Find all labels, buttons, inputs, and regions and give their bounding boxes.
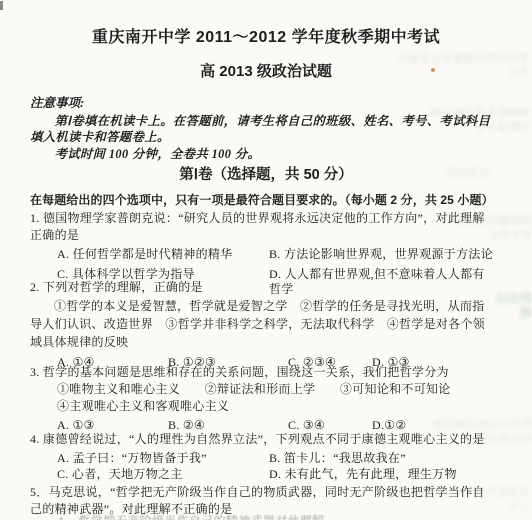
question-4-option-d: D. 未有此气，先有此理，理生万物 bbox=[269, 466, 496, 482]
exam-subtitle: 高 2013 级政治试题 bbox=[0, 60, 532, 81]
scan-edge-mark bbox=[0, 1, 3, 10]
bleed-through-mark: 政治试题 bbox=[494, 291, 532, 321]
exam-paper-scan: 重庆南开中学 2011～2012 学年度秋季期中考试 高 2013 级政治试题 … bbox=[0, 0, 532, 520]
question-3: 3. 哲学的基本问题是思维和存在的关系问题，围绕这一关系，我们把哲学分为 ①唯物… bbox=[30, 364, 496, 433]
question-3-statements-line-1: ①唯物主义和唯心主义 ②辩证法和形而上学 ③可知论和不可知论 bbox=[30, 381, 496, 398]
notice-heading: 注意事项: bbox=[30, 93, 496, 111]
question-4-option-b: B. 笛卡儿：“我思故我在” bbox=[269, 450, 496, 466]
question-4: 4. 康德曾经说过，“人的理性为自然界立法”，下列观点不同于康德主观唯心主义的是… bbox=[30, 431, 496, 482]
question-3-stem: 3. 哲学的基本问题是思维和存在的关系问题，围绕这一关系，我们把哲学分为 bbox=[30, 364, 496, 381]
question-5-stem: 5．马克思说，“哲学把无产阶级当作自己的物质武器，同时无产阶级也把哲学当作自己的… bbox=[30, 484, 496, 518]
question-4-option-c: C. 心者，天地万物之主 bbox=[57, 466, 269, 482]
notice-line-2: 考试时间 100 分钟，全卷共 100 分。 bbox=[30, 146, 496, 162]
question-4-options: A. 孟子曰：“万物皆备于我” B. 笛卡儿：“我思故我在” C. 心者，天地万… bbox=[30, 450, 496, 482]
exam-title: 重庆南开中学 2011～2012 学年度秋季期中考试 bbox=[0, 24, 532, 47]
question-2-statements: ①哲学的本义是爱智慧，哲学就是爱智之学 ②哲学的任务是寻找光明，从而指导人们认识… bbox=[30, 297, 496, 351]
question-2: 2. 下列对哲学的理解，正确的是 ①哲学的本义是爱智慧，哲学就是爱智之学 ②哲学… bbox=[30, 279, 496, 370]
notice-section: 注意事项: 第Ⅰ卷填在机读卡上。在答题前，请考生将自己的班级、姓名、考号、考试科… bbox=[30, 93, 496, 162]
section-1-heading: 第Ⅰ卷（选择题，共 50 分） bbox=[0, 163, 532, 184]
question-2-stem: 2. 下列对哲学的理解，正确的是 bbox=[30, 279, 496, 296]
question-1-stem: 1. 德国物理学家普朗克说：“研究人员的世界观将永远决定他的工作方向”，对此理解… bbox=[30, 210, 496, 244]
question-5: 5．马克思说，“哲学把无产阶级当作自己的物质武器，同时无产阶级也把哲学当作自己的… bbox=[30, 484, 496, 518]
question-1-option-b: B. 方法论影响世界观，世界观源于方法论 bbox=[269, 247, 496, 262]
notice-line-1: 第Ⅰ卷填在机读卡上。在答题前，请考生将自己的班级、姓名、考号、考试科目填入机读卡… bbox=[30, 113, 496, 145]
scan-speck bbox=[431, 68, 435, 72]
question-1-option-a: A. 任何哲学都是时代精神的精华 bbox=[57, 247, 269, 262]
question-4-stem: 4. 康德曾经说过，“人的理性为自然界立法”，下列观点不同于康德主观唯心主义的是 bbox=[30, 431, 496, 448]
section-1-instruction: 在每题给出的四个选项中，只有一项是最符合题目要求的。（每小题 2 分，共 25 … bbox=[30, 191, 496, 208]
question-4-option-a: A. 孟子曰：“万物皆备于我” bbox=[57, 450, 269, 466]
question-3-statements-line-2: ④主观唯心主义和客观唯心主义 bbox=[30, 398, 496, 415]
